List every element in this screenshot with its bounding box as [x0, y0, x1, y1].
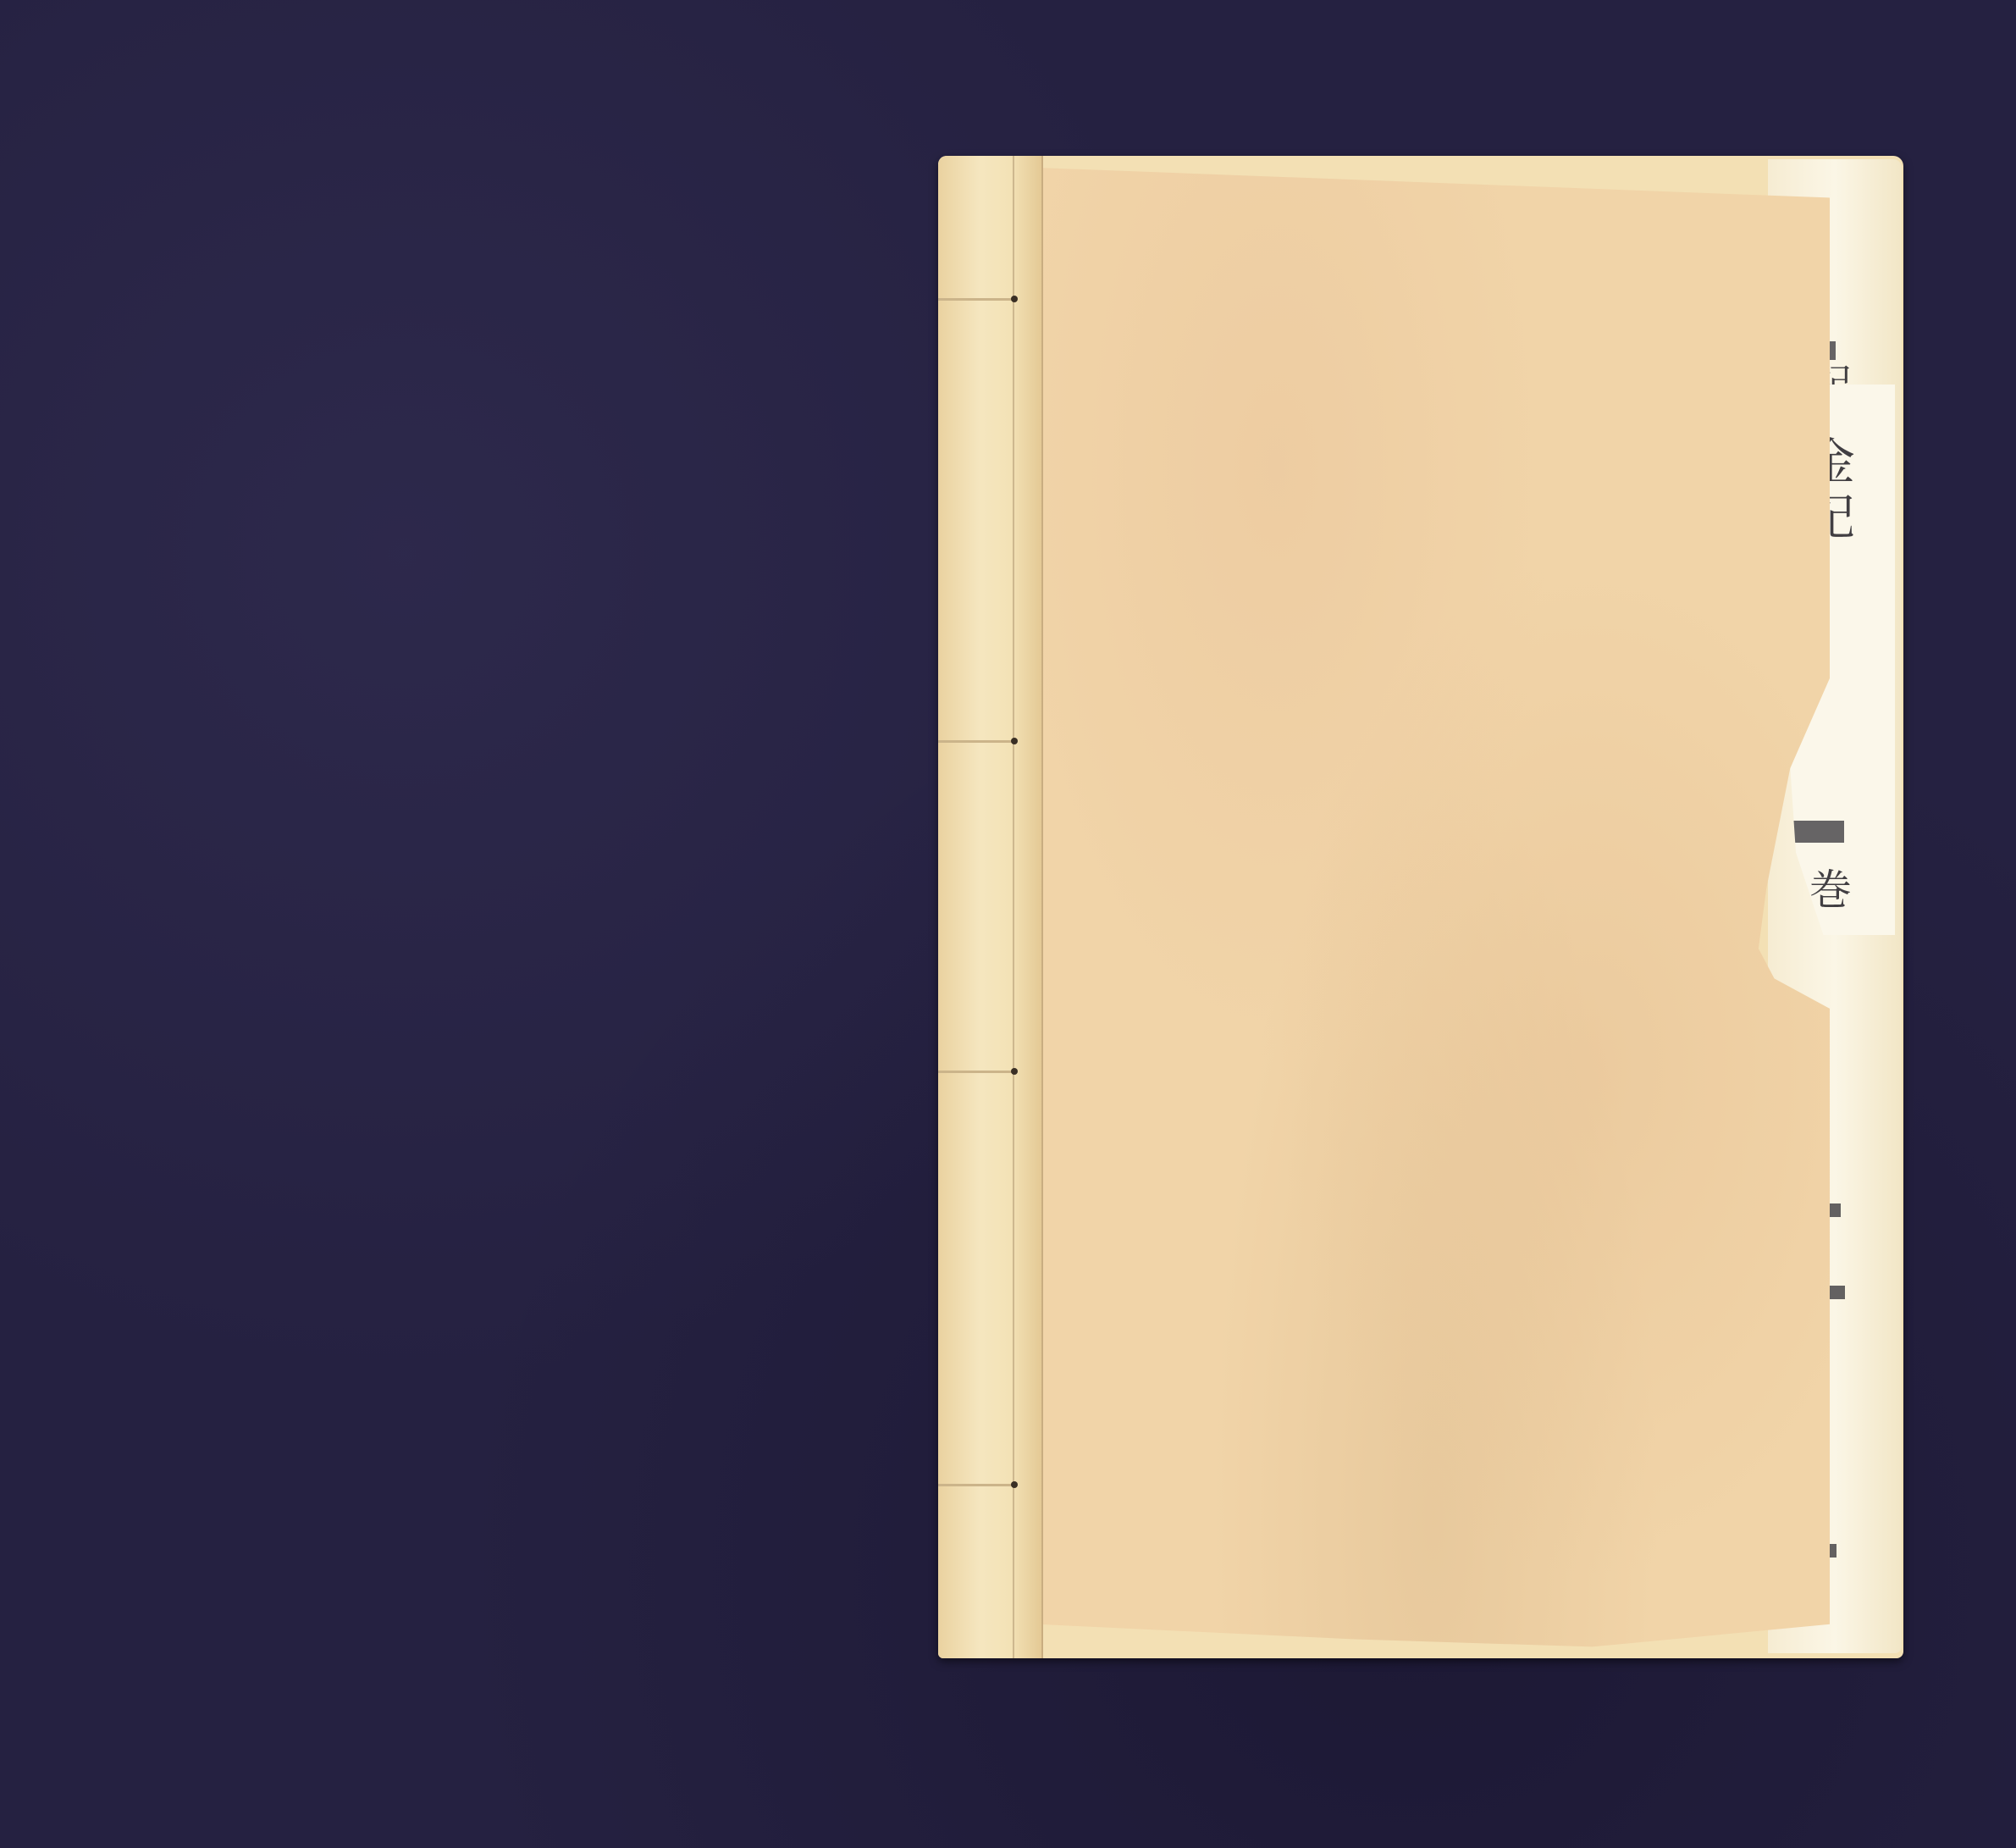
title-slip-bar [1793, 821, 1844, 843]
stitched-book: 紀伝 巻 金記 巻 [938, 156, 1903, 1658]
binding-thread [1013, 156, 1014, 1658]
stitch-3 [938, 1071, 1014, 1073]
stitch-4 [938, 1484, 1014, 1486]
binding-spine [938, 156, 1043, 1658]
stitch-1 [938, 298, 1014, 301]
stitch-2 [938, 740, 1014, 743]
front-cover [1038, 168, 1830, 1669]
